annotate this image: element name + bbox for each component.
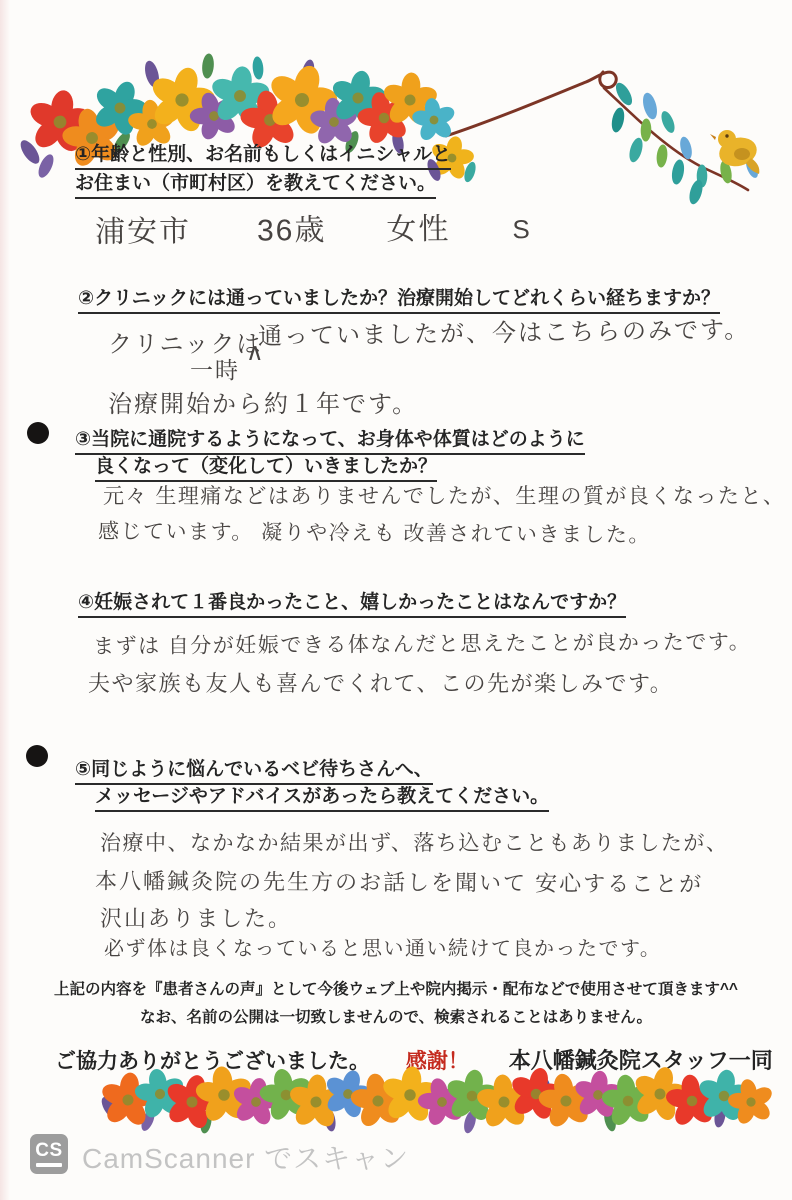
- question3-answer-line2: 感じています。 凝りや冷えも 改善されていきました。: [98, 515, 651, 549]
- question2-header: ②クリニックには通っていましたか？治療開始してどれくらい経ちますか？: [78, 283, 720, 314]
- question5-header-line2: メッセージやアドバイスがあったら教えてください。: [95, 781, 549, 812]
- camscanner-logo-bar: [36, 1163, 62, 1167]
- camscanner-label: CamScanner でスキャン: [82, 1137, 409, 1177]
- usage-note-line1: 上記の内容を『患者さんの声』として今後ウェブ上や院内掲示・配布などで使用させて頂…: [0, 977, 792, 999]
- question1-answer-handwritten: 浦安市36歳女性S: [95, 203, 532, 251]
- hole-punch-mark: [26, 745, 48, 767]
- insertion-text-handwritten: 一時: [190, 352, 240, 385]
- answer-gender: 女性: [386, 213, 450, 247]
- question1-header-line1: ①年齢と性別、お名前もしくはイニシャルと: [75, 139, 451, 170]
- question4-answer-line2: 夫や家族も友人も喜んでくれて、この先が楽しみです。: [88, 667, 673, 698]
- answer-city: 浦安市: [95, 215, 191, 249]
- question3-header-line2: 良くなって（変化して）いきましたか？: [95, 451, 437, 482]
- insertion-caret-mark: ∧: [246, 338, 266, 367]
- question2-answer1-part2: 通っていましたが、今はこちらのみです。: [258, 310, 751, 352]
- answer-age: 36歳: [257, 214, 327, 248]
- camscanner-logo-letters: CS: [35, 1141, 62, 1160]
- question5-answer-line4: 必ず体は良くなっていると思い通い続けて良かったです。: [104, 932, 661, 961]
- question4-header: ④妊娠されて１番良かったこと、嬉しかったことはなんですか？: [78, 587, 626, 618]
- flower-border-decoration: [0, 1062, 792, 1142]
- scanned-questionnaire-page: ①年齢と性別、お名前もしくはイニシャルと お住まい（市町村区）を教えてください。…: [0, 0, 792, 1200]
- branch-curl: [446, 72, 616, 136]
- answer-initial: S: [512, 214, 532, 244]
- question2-answer2: 治療開始から約１年です。: [108, 384, 418, 419]
- usage-note-line2: なお、名前の公開は一切致しませんので、検索されることはありません。: [0, 1005, 792, 1027]
- bird-illustration: [710, 130, 760, 174]
- question1-header-line2: お住まい（市町村区）を教えてください。: [75, 168, 436, 199]
- question3-answer-line1: 元々 生理痛などはありませんでしたが、生理の質が良くなったと、: [103, 480, 785, 510]
- question4-answer-line1: まずは 自分が妊娠できる体なんだと思えたことが良かったです。: [93, 626, 751, 661]
- question5-answer-line3: 沢山ありました。: [100, 902, 292, 933]
- question5-answer-line2: 本八幡鍼灸院の先生方のお話しを聞いて 安心することが: [95, 864, 703, 898]
- camscanner-logo: CS: [30, 1134, 68, 1174]
- question5-answer-line1: 治療中、なかなか結果が出ず、落ち込むこともありましたが、: [100, 827, 728, 857]
- hole-punch-mark: [27, 422, 49, 444]
